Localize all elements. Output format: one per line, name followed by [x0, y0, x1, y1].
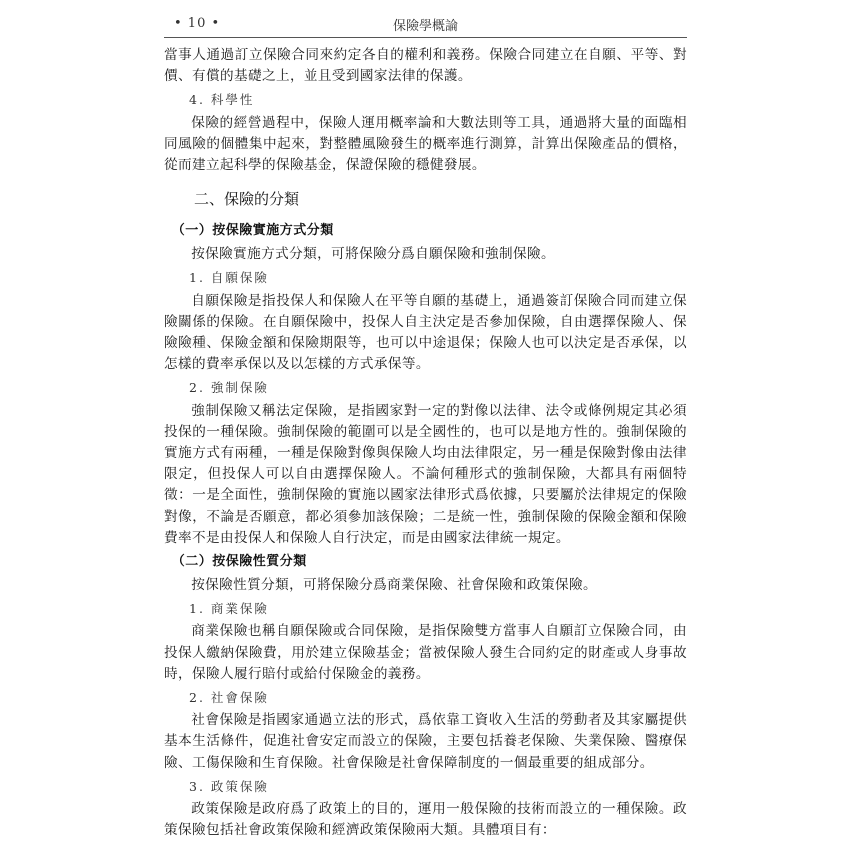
paragraph-intro: 當事人通過訂立保險合同來約定各自的權利和義務。保險合同建立在自願、平等、對價、有…: [164, 45, 687, 87]
paragraph-voluntary: 自願保險是指投保人和保險人在平等自願的基礎上，通過簽訂保險合同而建立保險關係的保…: [164, 291, 687, 376]
paragraph-commercial: 商業保險也稱自願保險或合同保險，是指保險雙方當事人自願訂立保險合同，由投保人繳納…: [164, 621, 687, 685]
item-heading-social: 2. 社會保險: [164, 687, 687, 708]
item-heading-compulsory: 2. 強制保險: [164, 377, 687, 398]
subsection-heading-by-implementation: （一）按保險實施方式分類: [164, 220, 687, 242]
item-heading-voluntary: 1. 自願保險: [164, 267, 687, 288]
subsection-heading-by-nature: （二）按保險性質分類: [164, 551, 687, 573]
paragraph-by-nature: 按保險性質分類，可將保險分爲商業保險、社會保險和政策保險。: [164, 575, 687, 596]
item-heading-commercial: 1. 商業保險: [164, 598, 687, 619]
paragraph-policy: 政策保險是政府爲了政策上的目的，運用一般保險的技術而設立的一種保險。政策保險包括…: [164, 799, 687, 841]
section-heading-classification: 二、保險的分類: [164, 188, 687, 210]
paragraph-by-implementation: 按保險實施方式分類，可將保險分爲自願保險和強制保險。: [164, 244, 687, 265]
page-body: 當事人通過訂立保險合同來約定各自的權利和義務。保險合同建立在自願、平等、對價、有…: [164, 45, 687, 842]
item-heading-policy: 3. 政策保險: [164, 776, 687, 797]
paragraph-scientific: 保險的經營過程中，保險人運用概率論和大數法則等工具，通過將大量的面臨相同風險的個…: [164, 113, 687, 177]
item-heading-scientific: 4. 科學性: [164, 89, 687, 110]
running-title: 保險學概論: [164, 15, 687, 34]
header-rule: [164, 37, 687, 38]
paragraph-social: 社會保險是指國家通過立法的形式，爲依靠工資收入生活的勞動者及其家屬提供基本生活條…: [164, 710, 687, 774]
paragraph-compulsory: 強制保險又稱法定保險，是指國家對一定的對像以法律、法令或條例規定其必須投保的一種…: [164, 401, 687, 549]
page-header: • 10 • 保險學概論: [164, 14, 687, 34]
